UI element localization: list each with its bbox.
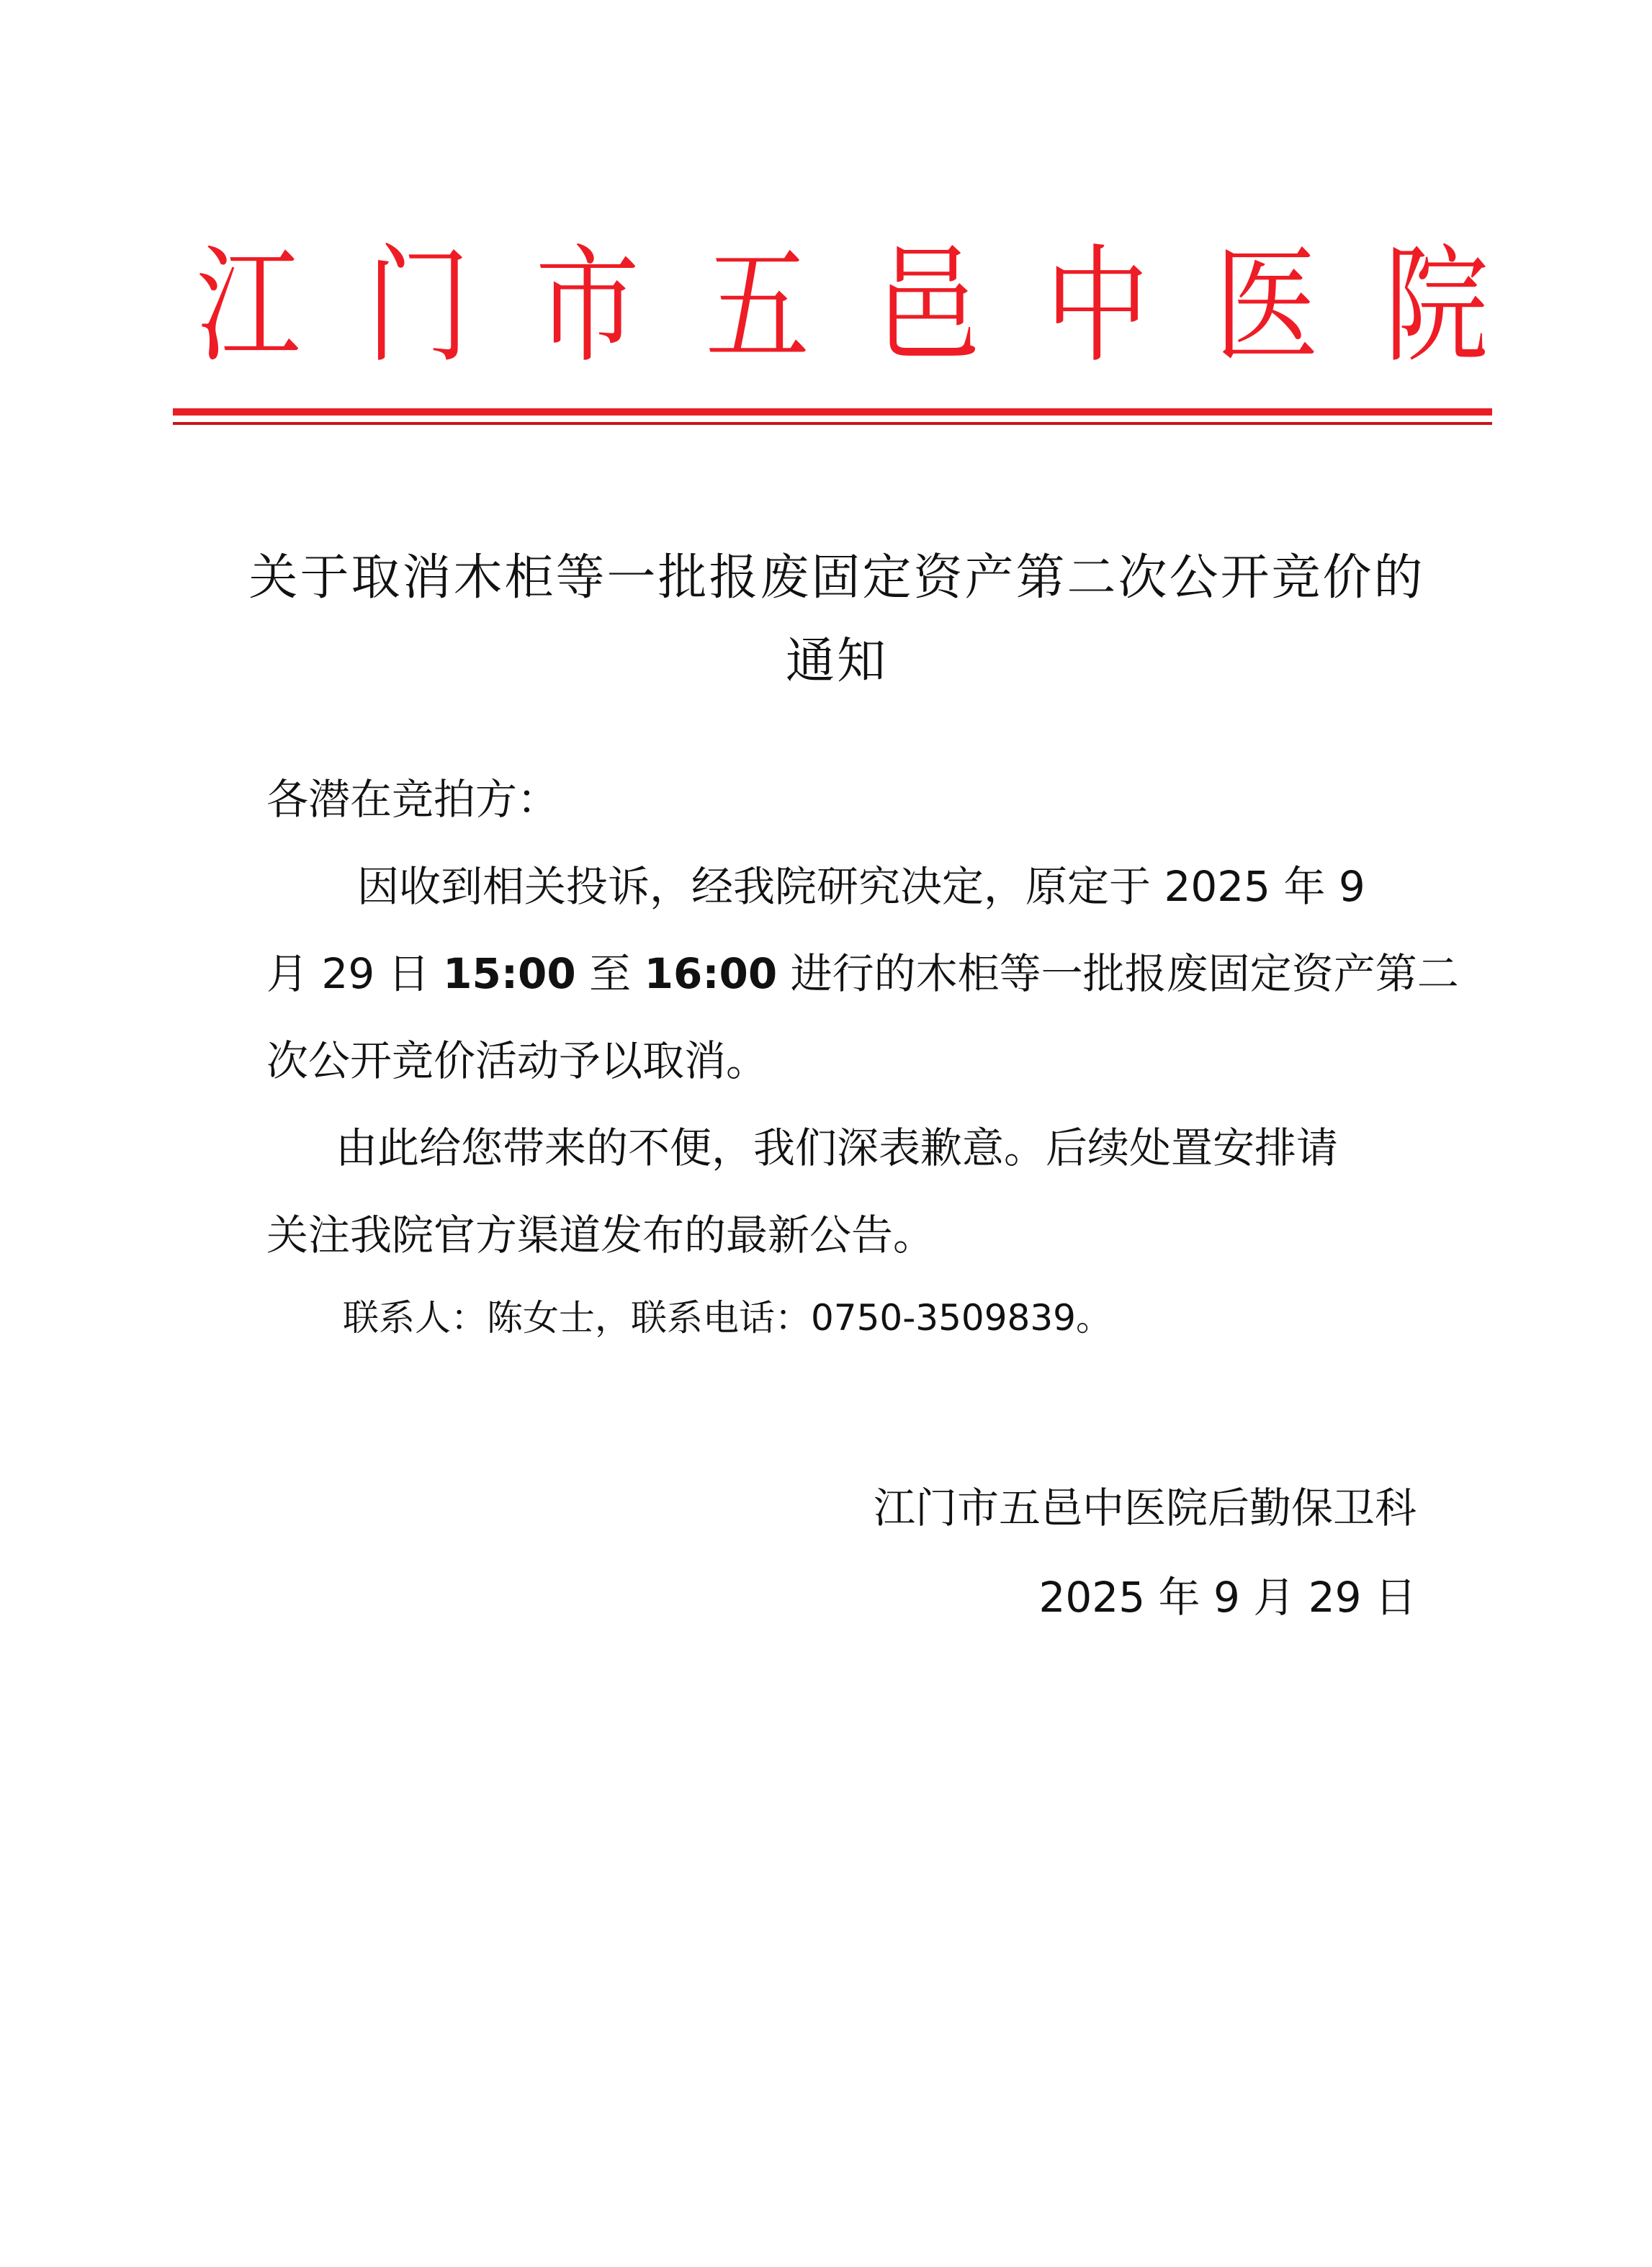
notice-title: 关于取消木柜等一批报废固定资产第二次公开竞价的 通知 xyxy=(216,537,1458,704)
notice-title-line-2: 通知 xyxy=(216,620,1458,704)
letterhead-rule-thin xyxy=(173,422,1492,425)
letterhead-char: 中 xyxy=(1045,234,1138,378)
letterhead-char: 院 xyxy=(1384,234,1477,378)
date-text: 月 29 日 xyxy=(266,949,443,998)
paragraph-1-line-3: 次公开竞价活动予以取消。 xyxy=(266,1018,1419,1105)
paragraph-2-line-2: 关注我院官方渠道发布的最新公告。 xyxy=(266,1192,1419,1279)
event-text: 进行的木柜等一批报废固定资产第二 xyxy=(777,949,1458,998)
connector-text: 至 xyxy=(576,949,645,998)
paragraph-1-line-2: 月 29 日 15:00 至 16:00 进行的木柜等一批报废固定资产第二 xyxy=(266,930,1419,1018)
document-page: 江 门 市 五 邑 中 医 院 关于取消木柜等一批报废固定资产第二次公开竞价的 … xyxy=(0,0,1652,2267)
paragraph-2-line-1: 由此给您带来的不便，我们深表歉意。后续处置安排请 xyxy=(266,1105,1419,1192)
contact-info: 联系人：陈女士，联系电话：0750-3509839。 xyxy=(343,1289,1112,1347)
letterhead-char: 五 xyxy=(706,234,799,378)
end-time: 16:00 xyxy=(645,949,778,998)
salutation: 各潜在竞拍方： xyxy=(266,756,1419,843)
start-time: 15:00 xyxy=(443,949,576,998)
letterhead-title: 江 门 市 五 邑 中 医 院 xyxy=(189,238,1485,374)
issue-date: 2025 年 9 月 29 日 xyxy=(874,1553,1417,1642)
signature-block: 江门市五邑中医院后勤保卫科 2025 年 9 月 29 日 xyxy=(874,1463,1417,1642)
paragraph-1-line-1: 因收到相关投诉，经我院研究决定，原定于 2025 年 9 xyxy=(266,843,1419,930)
letterhead-char: 门 xyxy=(366,234,459,378)
letterhead-rule-thick xyxy=(173,408,1492,416)
letterhead-char: 医 xyxy=(1215,234,1308,378)
letterhead-char: 邑 xyxy=(875,234,968,378)
notice-title-line-1: 关于取消木柜等一批报废固定资产第二次公开竞价的 xyxy=(216,537,1458,620)
letterhead-char: 江 xyxy=(197,234,289,378)
notice-body: 各潜在竞拍方： 因收到相关投诉，经我院研究决定，原定于 2025 年 9 月 2… xyxy=(266,756,1419,1279)
letterhead-char: 市 xyxy=(536,234,629,378)
letterhead: 江 门 市 五 邑 中 医 院 xyxy=(173,238,1492,374)
issuing-department: 江门市五邑中医院后勤保卫科 xyxy=(874,1463,1417,1553)
